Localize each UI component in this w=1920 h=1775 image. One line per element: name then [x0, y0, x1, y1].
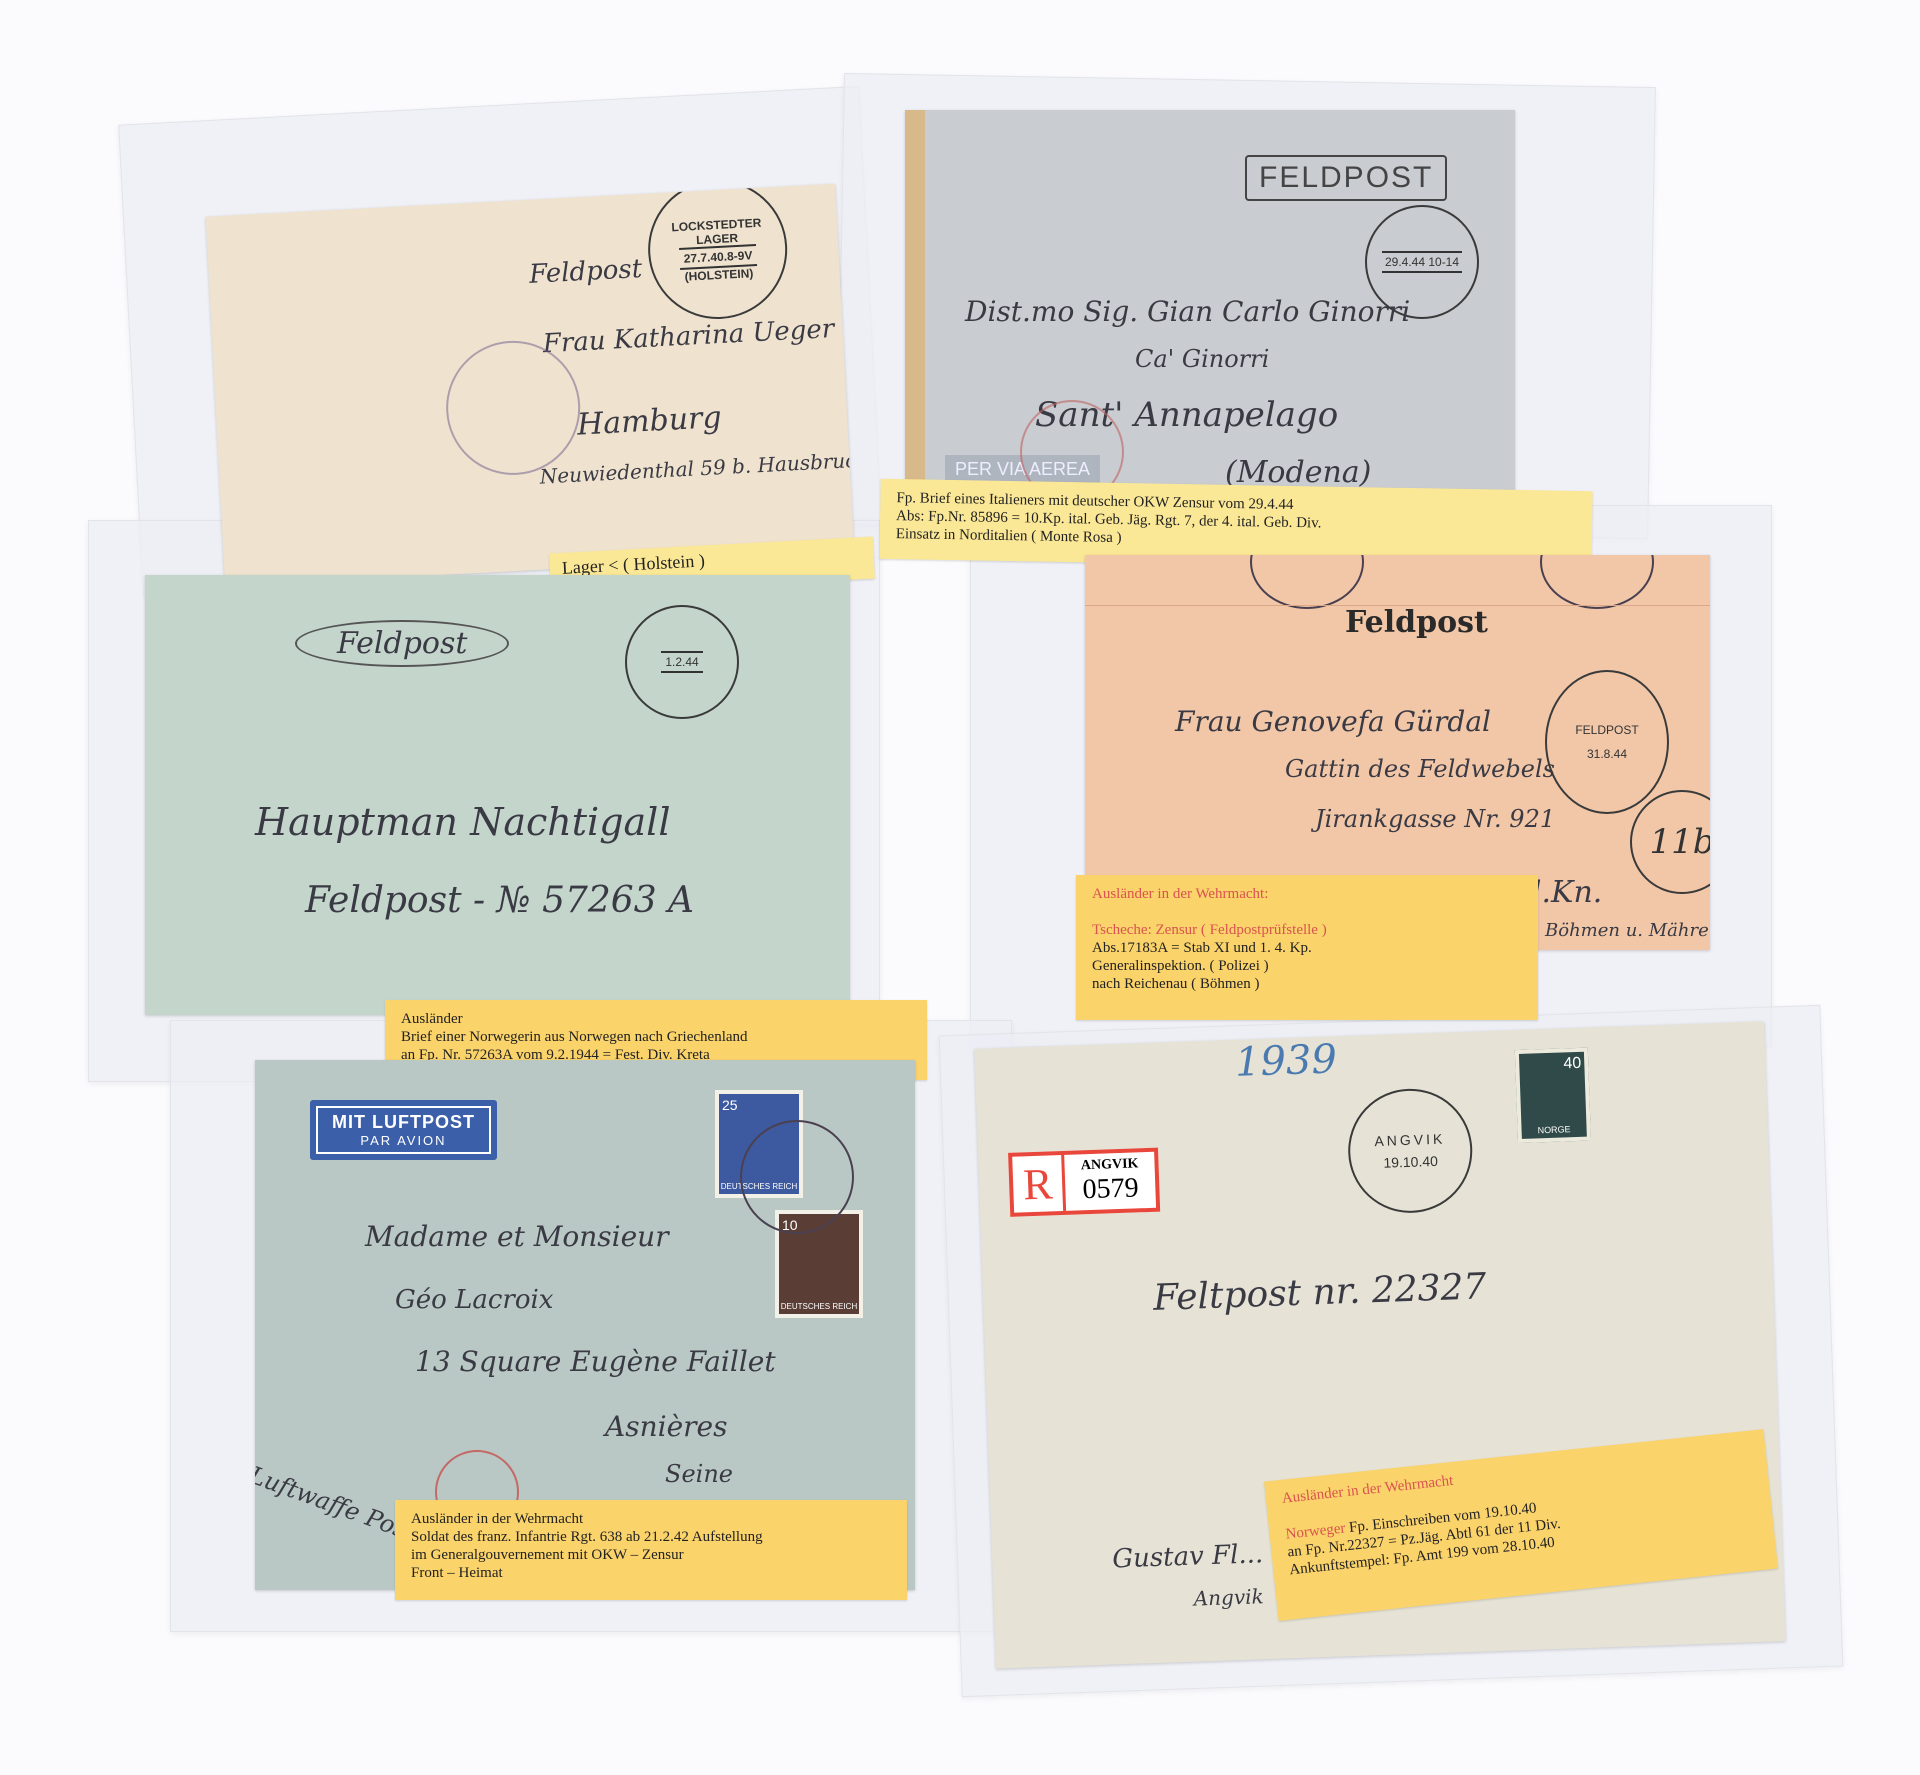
sender-name: Gustav Fl... — [1112, 1539, 1264, 1574]
nachtigall-fp-number: Feldpost - № 57263 A — [305, 880, 694, 921]
nachtigall-feldpost: Feldpost — [295, 620, 509, 667]
french-street: 13 Square Eugène Faillet — [415, 1345, 776, 1378]
postcard-violet-mark — [443, 337, 584, 478]
feldpost-box-stamp: FELDPOST — [1245, 155, 1447, 201]
lockstedter-postmark: LOCKSTEDTER LAGER 27.7.40.8-9V (HOLSTEIN… — [645, 184, 791, 323]
italian-recipient: Dist.mo Sig. Gian Carlo Ginorri — [965, 295, 1410, 328]
czech-title: Gattin des Feldwebels — [1285, 755, 1555, 783]
airmail-label: MIT LUFTPOST PAR AVION — [310, 1100, 497, 1160]
lockstedter-postcard: LOCKSTEDTER LAGER 27.7.40.8-9V (HOLSTEIN… — [206, 184, 855, 586]
cover-edge-strip — [905, 110, 925, 495]
norge-40-stamp: 40 NORGE — [1515, 1048, 1591, 1143]
czech-street: Jirankgasse Nr. 921 — [1315, 805, 1555, 833]
czech-feldpost-postmark: FELDPOST 31.8.44 — [1545, 670, 1669, 814]
french-town: Asnières — [605, 1410, 727, 1443]
nachtigall-postmark: 1.2.44 — [625, 605, 739, 719]
sender-place: Angvik — [1193, 1584, 1264, 1610]
french-name: Géo Lacroix — [395, 1285, 553, 1315]
czech-region: Böhmen u. Mähren — [1545, 920, 1710, 941]
circle-mark-11b: 11b — [1630, 790, 1710, 894]
italian-cover: FELDPOST 29.4.44 10-14 Dist.mo Sig. Gian… — [905, 110, 1515, 495]
brandenburg-postmark — [740, 1120, 854, 1234]
nachtigall-cover: Feldpost 1.2.44 Hauptman Nachtigall Feld… — [145, 575, 850, 1015]
feltpost-number: Feltpost nr. 22327 — [1153, 1266, 1487, 1319]
angvik-postmark: ANGVIK 19.10.40 — [1346, 1087, 1474, 1215]
french-label: Ausländer in der Wehrmacht Soldat des fr… — [395, 1500, 907, 1600]
postcard-city: Hamburg — [576, 400, 722, 443]
postcard-feldpost-text: Feldpost — [528, 254, 642, 290]
registration-label: R ANGVIK 0579 — [1008, 1148, 1160, 1217]
censor-postmark-right — [1540, 555, 1654, 609]
french-recipient: Madame et Monsieur — [365, 1220, 669, 1253]
censor-postmark-left — [1250, 555, 1364, 609]
czech-label: Ausländer in der Wehrmacht: Tscheche: Ze… — [1076, 875, 1538, 1020]
postcard-street: Neuwiedenthal 59 b. Hausbruch — [539, 447, 854, 488]
printed-feldpost-title: Feldpost — [1345, 605, 1488, 640]
italian-house: Ca' Ginorri — [1135, 345, 1269, 373]
czech-recipient: Frau Genovefa Gürdal — [1175, 705, 1491, 738]
french-department: Seine — [665, 1460, 733, 1488]
year-note: 1939 — [1234, 1036, 1337, 1086]
nachtigall-recipient: Hauptman Nachtigall — [255, 800, 670, 844]
postcard-recipient: Frau Katharina Ueger — [542, 314, 835, 359]
